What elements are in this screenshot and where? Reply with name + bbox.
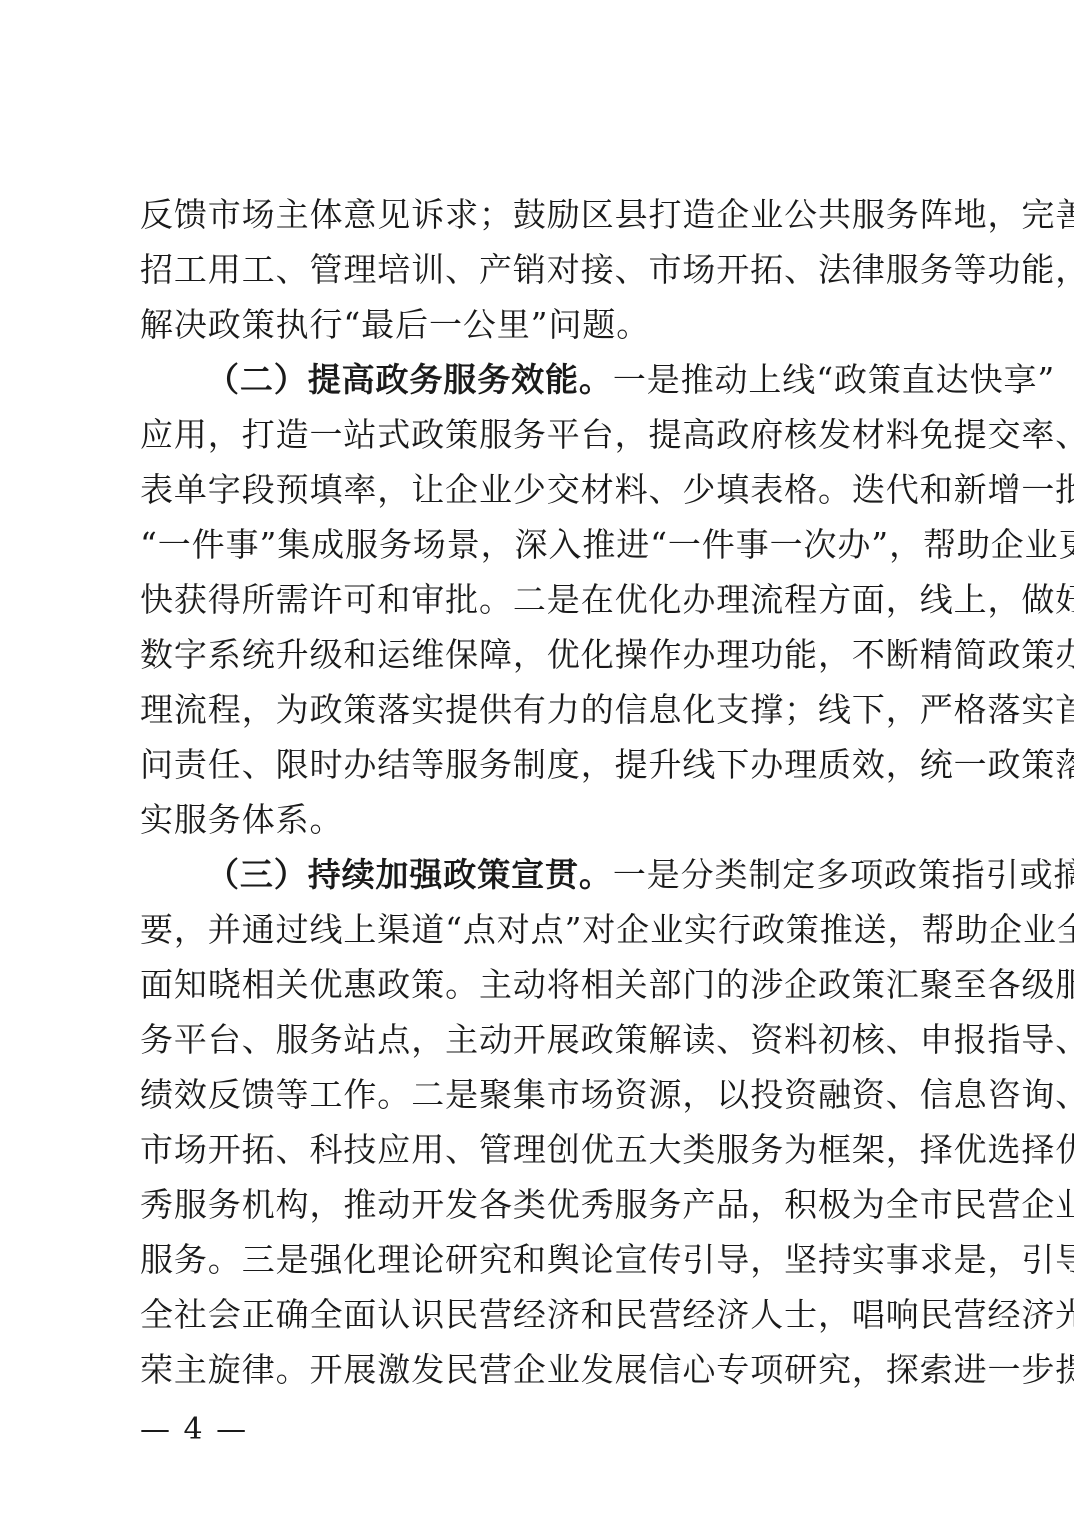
page-number: — 4 — <box>140 1410 248 1450</box>
paragraph-line: 反馈市场主体意见诉求；鼓励区县打造企业公共服务阵地，完善 <box>140 195 940 235</box>
paragraph-line: 全社会正确全面认识民营经济和民营经济人士，唱响民营经济光 <box>140 1295 940 1335</box>
section-2-first-line: （二）提高政务服务效能。一是推动上线“政策直达快享” <box>206 360 940 400</box>
paragraph-line: 秀服务机构，推动开发各类优秀服务产品，积极为全市民营企业 <box>140 1185 940 1225</box>
paragraph-line: 市场开拓、科技应用、管理创优五大类服务为框架，择优选择优 <box>140 1130 940 1170</box>
paragraph-line: 绩效反馈等工作。二是聚集市场资源，以投资融资、信息咨询、 <box>140 1075 940 1115</box>
section-3-heading: （三）持续加强政策宣贯。 <box>206 855 613 894</box>
section-2-first-line-text: 一是推动上线“政策直达快享” <box>613 360 1055 399</box>
paragraph-line: 务平台、服务站点，主动开展政策解读、资料初核、申报指导、 <box>140 1020 940 1060</box>
paragraph-line: 表单字段预填率，让企业少交材料、少填表格。迭代和新增一批 <box>140 470 940 510</box>
paragraph-line: “一件事”集成服务场景，深入推进“一件事一次办”，帮助企业更 <box>140 525 940 565</box>
paragraph-line: 理流程，为政策落实提供有力的信息化支撑；线下，严格落实首 <box>140 690 940 730</box>
paragraph-line: 要，并通过线上渠道“点对点”对企业实行政策推送，帮助企业全 <box>140 910 940 950</box>
paragraph-line: 解决政策执行“最后一公里”问题。 <box>140 305 940 345</box>
document-page: 反馈市场主体意见诉求；鼓励区县打造企业公共服务阵地，完善 招工用工、管理培训、产… <box>0 0 1074 1520</box>
paragraph-line: 数字系统升级和运维保障，优化操作办理功能，不断精简政策办 <box>140 635 940 675</box>
paragraph-line: 问责任、限时办结等服务制度，提升线下办理质效，统一政策落 <box>140 745 940 785</box>
section-3-first-line: （三）持续加强政策宣贯。一是分类制定多项政策指引或摘 <box>206 855 940 895</box>
paragraph-line: 快获得所需许可和审批。二是在优化办理流程方面，线上，做好 <box>140 580 940 620</box>
paragraph-line: 面知晓相关优惠政策。主动将相关部门的涉企政策汇聚至各级服 <box>140 965 940 1005</box>
paragraph-line: 应用，打造一站式政策服务平台，提高政府核发材料免提交率、 <box>140 415 940 455</box>
paragraph-line: 实服务体系。 <box>140 800 940 840</box>
paragraph-line: 招工用工、管理培训、产销对接、市场开拓、法律服务等功能， <box>140 250 940 290</box>
paragraph-line: 荣主旋律。开展激发民营企业发展信心专项研究，探索进一步提 <box>140 1350 940 1390</box>
section-3-first-line-text: 一是分类制定多项政策指引或摘 <box>613 855 1074 894</box>
paragraph-line: 服务。三是强化理论研究和舆论宣传引导，坚持实事求是，引导 <box>140 1240 940 1280</box>
section-2-heading: （二）提高政务服务效能。 <box>206 360 613 399</box>
